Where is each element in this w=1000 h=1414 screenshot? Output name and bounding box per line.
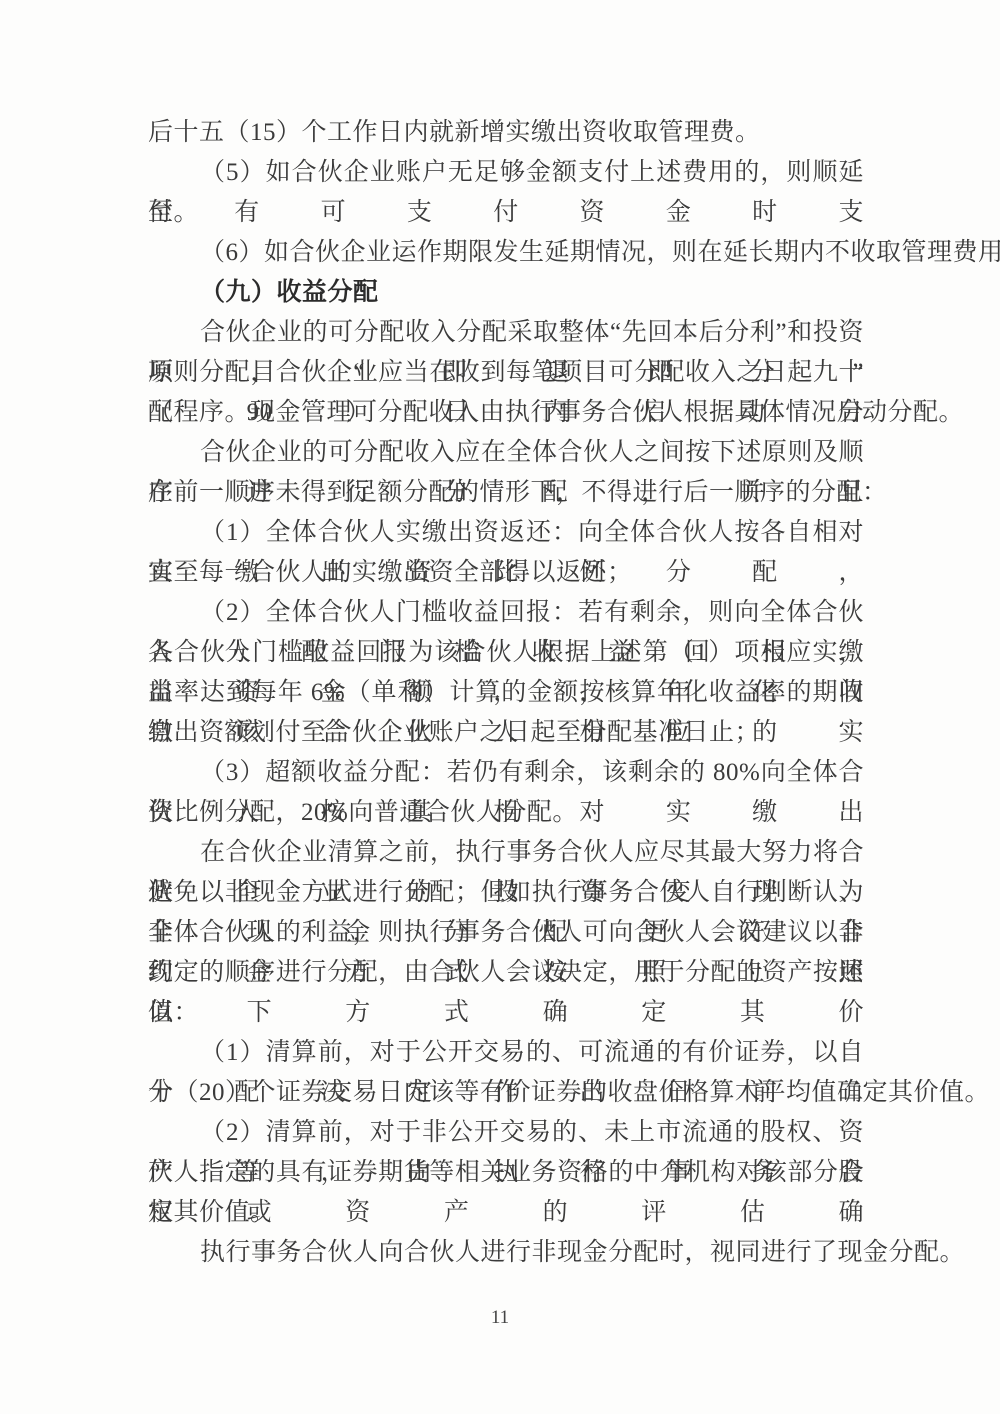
text-line: 避免以非现金方式进行分配；但如执行事务合伙人自行判断认为非现金分配更符合 xyxy=(148,873,864,913)
text-line: 在前一顺序未得到足额分配的情形下，不得进行后一顺序的分配： xyxy=(148,473,864,513)
document-body: 后十五（15）个工作日内就新增实缴出资收取管理费。（5）如合伙企业账户无足够金额… xyxy=(148,113,864,1273)
text-line: 执行事务合伙人向合伙人进行非现金分配时，视同进行了现金分配。 xyxy=(148,1233,864,1273)
text-line: 合伙企业的可分配收入分配采取整体“先回本后分利”和投资项目“即退即分” xyxy=(148,313,864,353)
text-line: 各合伙人门槛收益回报为该合伙人根据上述第（1）项相应实缴出资金额，按年化收 xyxy=(148,633,864,673)
text-line: （1）清算前，对于公开交易的、可流通的有价证券，以自分配决定作出日前二 xyxy=(148,1033,864,1073)
section-heading: （九）收益分配 xyxy=(148,273,864,313)
document-page: 后十五（15）个工作日内就新增实缴出资收取管理费。（5）如合伙企业账户无足够金额… xyxy=(0,0,1000,1414)
text-line: 合伙企业的可分配收入应在全体合伙人之间按下述原则及顺序进行分配，并且 xyxy=(148,433,864,473)
text-line: （2）清算前，对于非公开交易的、未上市流通的股权、资产等，由执行事务合 xyxy=(148,1113,864,1153)
text-line: 约定的顺序进行分配，由合伙人会议决定，用于分配的资产按照以下方式确定其价 xyxy=(148,953,864,993)
page-footer: 11 xyxy=(0,1304,1000,1332)
text-line: 后十五（15）个工作日内就新增实缴出资收取管理费。 xyxy=(148,113,864,153)
text-line: （3）超额收益分配：若仍有剩余，该剩余的 80%向全体合伙人按其相对实缴出 xyxy=(148,753,864,793)
text-line: 伙人指定的具有证券期货等相关业务资格的中介机构对该部分股权或资产的评估确 xyxy=(148,1153,864,1193)
text-line: （1）全体合伙人实缴出资返还：向全体合伙人按各自相对实缴出资比例分配， xyxy=(148,513,864,553)
text-line: （5）如合伙企业账户无足够金额支付上述费用的，则顺延至有可支付资金时支 xyxy=(148,153,864,193)
text-line: 益率达到每年 6%（单利）计算的金额，核算年化收益率的期间自该合伙人相应的实 xyxy=(148,673,864,713)
text-line: 原则分配，合伙企业应当在收到每笔项目可分配收入之日起九十（90）日内启动分 xyxy=(148,353,864,393)
text-line: （2）全体合伙人门槛收益回报：若有剩余，则向全体合伙人分配门槛收益回报， xyxy=(148,593,864,633)
text-line: 十（20）个证券交易日内该等有价证券的收盘价格算术平均值确定其价值。 xyxy=(148,1073,864,1113)
text-line: 全体合伙人的利益，则执行事务合伙人可向合伙人会议建议以非现金方式按照上述 xyxy=(148,913,864,953)
text-line: 配程序。现金管理可分配收入由执行事务合伙人根据具体情况启动分配。 xyxy=(148,393,864,433)
page-number: 11 xyxy=(491,1307,509,1328)
text-line: （6）如合伙企业运作期限发生延期情况，则在延长期内不收取管理费用。 xyxy=(148,233,864,273)
text-line: 在合伙企业清算之前，执行事务合伙人应尽其最大努力将合伙企业的投资变现、 xyxy=(148,833,864,873)
text-line: 缴出资额划付至合伙企业账户之日起至分配基准日止； xyxy=(148,713,864,753)
